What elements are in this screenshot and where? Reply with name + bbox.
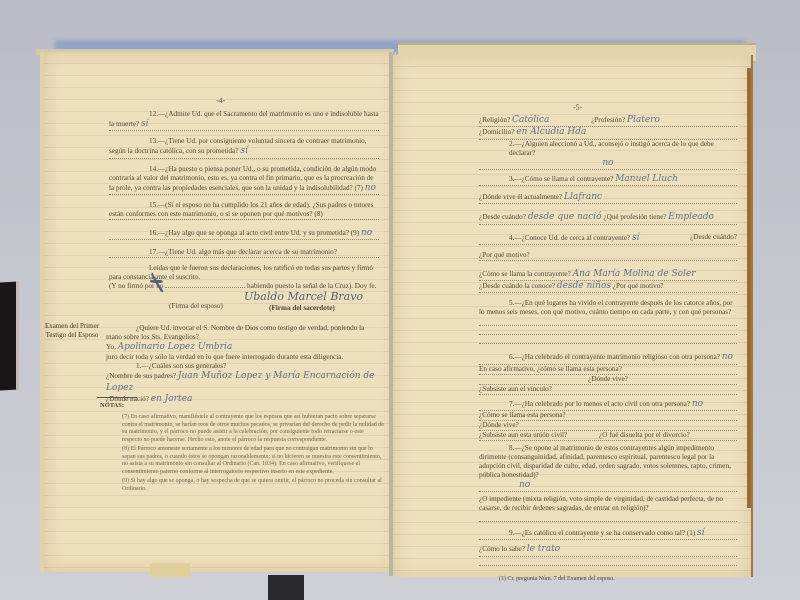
answer-line	[479, 513, 737, 522]
witness-name: Apolinario Lopez Umbria	[118, 342, 233, 352]
page-number: -4-	[216, 96, 225, 105]
sig-priest-label: (Firma del sacerdote)	[269, 304, 335, 313]
sig-groom-label: (Firma del esposo)	[169, 302, 223, 311]
witness-heading: Examen del Primer Testigo del Esposo	[44, 322, 100, 340]
question-4: 4.—¿Conoce Ud. de cerca al contrayente? …	[479, 233, 737, 245]
answer-line	[109, 239, 379, 240]
oath-text: ¿Quiere Ud. invocar el S. Nombre de Dios…	[106, 324, 381, 342]
how-line: ¿Cómo lo sabe? le trato	[479, 544, 737, 556]
question-13: 13.—¿Tiene Ud. por consiguiente voluntad…	[109, 137, 379, 157]
q8-answer: no	[479, 480, 737, 492]
parents-line: ¿Nombre de sus padres? Juan Muñoz Lopez …	[106, 371, 381, 394]
note-7: (7) En caso afirmativo, manifiéstele al …	[122, 414, 384, 444]
question-14: 14.—¿Ha puesto o piensa poner Ud., o su …	[109, 165, 379, 194]
note-9: (9) Si hay algo que se oponga, o hay sos…	[122, 478, 384, 493]
bride-since-line: ¿Desde cuándo la conoce? desde niños ¿Po…	[479, 281, 737, 293]
priest-signature: Ubaldo Marcel Bravo	[244, 290, 363, 303]
note-8: (8) El Párroco amoneste seriamente a los…	[122, 446, 384, 476]
question-8b: ¿O impediente (mixta religión, voto simp…	[479, 495, 737, 513]
left-page: -4- 12.—¿Admite Ud. que el Sacramento de…	[40, 52, 396, 572]
since-line: ¿Desde cuándo? desde que nació ¿Qué prof…	[479, 212, 737, 224]
question-3: 3.—¿Cómo se llama el contrayente? Manuel…	[479, 174, 737, 186]
right-page: -5- ¿Religión? Católica ¿Profesión? Plat…	[393, 55, 753, 577]
question-2: 2.—¿Alguien aleccionó a Ud., aconsejó o …	[479, 140, 737, 158]
domicile-line: ¿Domicilio? en Alcudia Hda	[479, 127, 737, 139]
q7d-line: ¿Subsiste aun esta unión civil? ¿O fué d…	[479, 431, 737, 441]
question-7: 7.—¿Ha celebrado por lo menos el acto ci…	[479, 399, 737, 411]
answer-12: sí	[141, 119, 149, 129]
question-9: 9.—¿Es católico el contrayente y se ha c…	[479, 528, 737, 540]
page-edge	[747, 68, 751, 508]
question-6: 6.—¿Ha celebrado el contrayente matrimon…	[479, 352, 737, 364]
religion-line: ¿Religión? Católica ¿Profesión? Platero	[479, 115, 737, 127]
q7b-line: ¿Cómo se llama esta persona?	[479, 411, 737, 421]
question-1: 1.—¿Cuáles son sus generales?	[106, 362, 381, 371]
q7c-line: ¿Dónde vive?	[479, 421, 737, 431]
lives-line: ¿Dónde vive él actualmente? Llafranc	[479, 192, 737, 204]
footnote: (1) Cr. pregunta Núm. 7 del Examen del e…	[479, 576, 737, 584]
answer-line	[109, 130, 379, 131]
answer-line	[109, 194, 379, 195]
q2-answer: no	[479, 158, 737, 170]
question-17: 17.—¿Tiene Ud. algo más que declarar ace…	[109, 248, 379, 257]
question-5: 5.—¿En qué lugares ha vivido el contraye…	[479, 299, 737, 317]
born-line: ¿Dónde nació? en Jortea	[106, 394, 381, 405]
answer-line	[109, 257, 379, 258]
answer-line	[479, 326, 737, 335]
dark-object-bottom	[268, 575, 304, 600]
notes-title: NOTAS:	[100, 402, 124, 410]
page-number: -5-	[573, 103, 582, 112]
q6b-line: En caso afirmativo, ¿cómo se llama esta …	[479, 365, 737, 375]
question-16: 16.—¿Hay algo que se oponga al acto civi…	[109, 228, 379, 239]
answer-line	[109, 219, 379, 220]
yo-line: Yo, Apolinario Lopez Umbria	[106, 342, 381, 353]
question-15: 15.—(Si el esposo no ha cumplido los 21 …	[109, 201, 379, 219]
answer-line	[109, 158, 379, 159]
swear-text: juro decir toda y sólo la verdad en lo q…	[106, 353, 381, 362]
answer-line	[479, 335, 737, 344]
q6c-line: ¿Dónde vive?	[479, 375, 737, 385]
bride-line: ¿Cómo se llama la contrayente? Ana María…	[479, 269, 737, 281]
q6d-line: ¿Subsiste aun el vínculo?	[479, 385, 737, 395]
torn-tab	[150, 563, 190, 577]
notes-rule	[97, 397, 137, 398]
answer-line	[479, 557, 737, 566]
dark-object-left	[0, 282, 19, 391]
answer-line	[479, 317, 737, 326]
question-8: 8.—¿Se opone al matrimonio de estos cont…	[479, 444, 737, 480]
why-line: ¿Por qué motivo?	[479, 251, 737, 261]
question-12: 12.—¿Admite Ud. que el Sacramento del ma…	[109, 110, 379, 130]
